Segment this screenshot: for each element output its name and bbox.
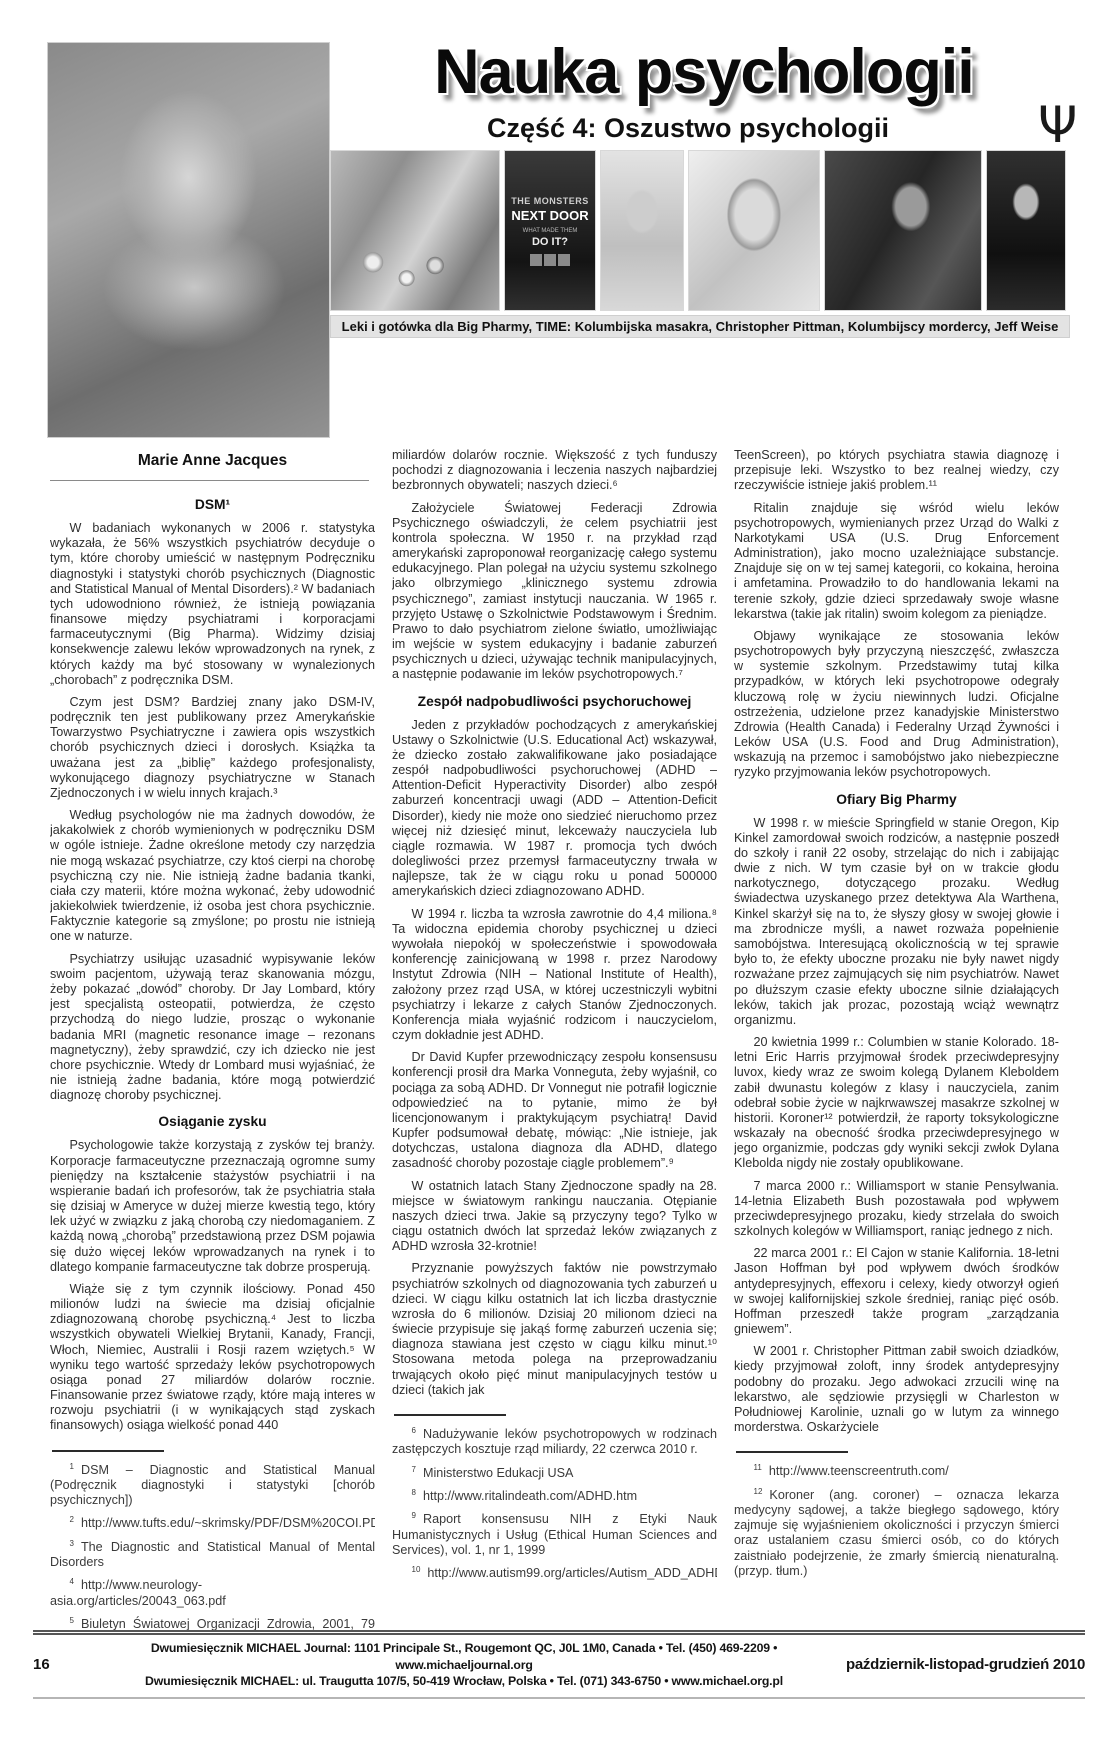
- magazine-page: Nauka psychologii Część 4: Oszustwo psyc…: [0, 0, 1118, 1751]
- photo-time-magazine-cover: THE MONSTERS NEXT DOOR WHAT MADE THEM DO…: [504, 150, 596, 311]
- paragraph: TeenScreen), po których psychiatra stawi…: [734, 448, 1059, 494]
- paragraph: Wiąże się z tym czynnik ilościowy. Ponad…: [50, 1282, 375, 1434]
- paragraph: W ostatnich latach Stany Zjednoczone spa…: [392, 1179, 717, 1255]
- footnote-rule: [736, 1451, 848, 1453]
- psi-icon: Ψ: [1038, 96, 1077, 154]
- footnote: 9Raport konsensusu NIH z Etyki Nauk Huma…: [392, 1511, 717, 1558]
- paragraph: Ritalin znajduje się wśród wielu leków p…: [734, 501, 1059, 622]
- paragraph: Objawy wynikające ze stosowania leków ps…: [734, 629, 1059, 781]
- footnote: 11http://www.teenscreentruth.com/: [734, 1463, 1059, 1479]
- paragraph: Według psychologów nie ma żadnych dowodó…: [50, 808, 375, 945]
- footnote: 1DSM – Diagnostic and Statistical Manual…: [50, 1462, 375, 1509]
- column-3: TeenScreen), po których psychiatra stawi…: [734, 448, 1059, 1634]
- photo-strip-caption: Leki i gotówka dla Big Pharmy, TIME: Kol…: [330, 315, 1070, 338]
- byline: Marie Anne Jacques: [50, 448, 375, 480]
- footnotes-column-3: 11http://www.teenscreentruth.com/ 12Koro…: [734, 1451, 1059, 1579]
- paragraph: W badaniach wykonanych w 2006 r. statyst…: [50, 521, 375, 688]
- footnote-rule: [52, 1450, 164, 1452]
- paragraph: Przyznanie powyższych faktów nie powstrz…: [392, 1261, 717, 1398]
- time-cover-text: THE MONSTERS: [511, 196, 589, 206]
- footnote: 6Nadużywanie leków psychotropowych w rod…: [392, 1426, 717, 1458]
- photo-columbine-killers: [824, 150, 982, 311]
- paragraph: miliardów dolarów rocznie. Większość z t…: [392, 448, 717, 494]
- paragraph: 22 marca 2001 r.: El Cajon w stanie Kali…: [734, 1246, 1059, 1337]
- paragraph: Jeden z przykładów pochodzących z ameryk…: [392, 718, 717, 900]
- photo-sad-girl: [47, 42, 330, 438]
- paragraph: W 2001 r. Christopher Pittman zabił swoi…: [734, 1344, 1059, 1435]
- column-1: Marie Anne Jacques DSM¹ W badaniach wyko…: [50, 448, 375, 1634]
- footnote: 12Koroner (ang. coroner) – oznacza lekar…: [734, 1487, 1059, 1579]
- column-2: miliardów dolarów rocznie. Większość z t…: [392, 448, 717, 1634]
- time-cover-text: DO IT?: [532, 236, 568, 248]
- photo-christopher-pittman: [600, 150, 684, 311]
- paragraph: Psychiatrzy usiłując uzasadnić wypisywan…: [50, 952, 375, 1104]
- footnote: 7Ministerstwo Edukacji USA: [392, 1465, 717, 1481]
- photo-pills-and-cash: [330, 150, 500, 311]
- footnote-rule: [394, 1414, 506, 1416]
- footnote: 10http://www.autism99.org/articles/Autis…: [392, 1565, 717, 1581]
- footnote: 2http://www.tufts.edu/~skrimsky/PDF/DSM%…: [50, 1515, 375, 1531]
- section-heading-zysk: Osiąganie zysku: [50, 1114, 375, 1129]
- footnote: 3The Diagnostic and Statistical Manual o…: [50, 1539, 375, 1571]
- footnote: 4http://www.neurology-asia.org/articles/…: [50, 1577, 375, 1609]
- time-cover-text: NEXT DOOR: [511, 208, 588, 223]
- page-subtitle: Część 4: Oszustwo psychologii: [338, 113, 1038, 144]
- page-number: 16: [33, 1656, 93, 1673]
- section-heading-dsm: DSM¹: [50, 497, 375, 512]
- paragraph: 7 marca 2000 r.: Williamsport w stanie P…: [734, 1179, 1059, 1240]
- paragraph: W 1994 r. liczba ta wzrosła zawrotnie do…: [392, 907, 717, 1044]
- paragraph: Psychologowie także korzystają z zysków …: [50, 1138, 375, 1275]
- publisher-address: Dwumiesięcznik MICHAEL Journal: 1101 Pri…: [93, 1640, 835, 1690]
- issue-date: październik-listopad-grudzień 2010: [835, 1656, 1085, 1673]
- footnotes-column-1: 1DSM – Diagnostic and Statistical Manual…: [50, 1450, 375, 1634]
- footer-double-rule: [33, 1630, 1085, 1635]
- byline-rule: [50, 480, 369, 481]
- section-heading-ofiary: Ofiary Big Pharmy: [734, 792, 1059, 807]
- photo-strip: THE MONSTERS NEXT DOOR WHAT MADE THEM DO…: [330, 150, 1070, 311]
- photo-portrait: [688, 150, 820, 311]
- paragraph: 20 kwietnia 1999 r.: Columbien w stanie …: [734, 1035, 1059, 1172]
- footnotes-column-2: 6Nadużywanie leków psychotropowych w rod…: [392, 1414, 717, 1581]
- paragraph: Założyciele Światowej Federacji Zdrowia …: [392, 501, 717, 683]
- photo-jeff-weise: [986, 150, 1066, 311]
- paragraph: W 1998 r. w mieście Springfield w stanie…: [734, 816, 1059, 1028]
- page-title: Nauka psychologii: [338, 36, 1070, 108]
- time-cover-text: WHAT MADE THEM: [523, 228, 578, 234]
- time-cover-thumbnails: [530, 254, 570, 266]
- publisher-address-line2: Dwumiesięcznik MICHAEL: ul. Traugutta 10…: [93, 1673, 835, 1690]
- paragraph: Dr David Kupfer przewodniczący zespołu k…: [392, 1050, 717, 1171]
- section-heading-adhd: Zespół nadpobudliwości psychoruchowej: [392, 694, 717, 709]
- footnote: 8http://www.ritalindeath.com/ADHD.htm: [392, 1488, 717, 1504]
- page-footer: 16 Dwumiesięcznik MICHAEL Journal: 1101 …: [33, 1630, 1085, 1699]
- paragraph: Czym jest DSM? Bardziej znany jako DSM-I…: [50, 695, 375, 801]
- publisher-address-line1: Dwumiesięcznik MICHAEL Journal: 1101 Pri…: [93, 1640, 835, 1673]
- article-body: Marie Anne Jacques DSM¹ W badaniach wyko…: [50, 448, 1060, 1634]
